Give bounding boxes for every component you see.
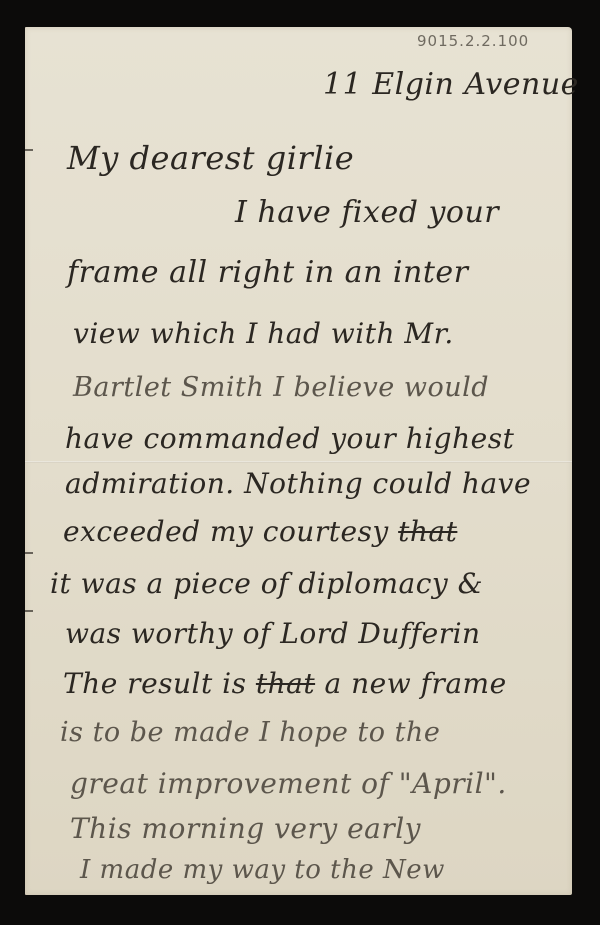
letter-line-7: exceeded my courtesy that <box>63 515 457 548</box>
struck-word: that <box>398 515 457 548</box>
letter-line-6: admiration. Nothing could have <box>65 467 531 500</box>
fold-crease <box>25 461 572 463</box>
line-text: exceeded my courtesy <box>63 515 398 548</box>
letter-line-11: is to be made I hope to the <box>60 717 440 748</box>
letter-line-3: view which I had with Mr. <box>73 317 454 350</box>
struck-word: that <box>256 667 315 700</box>
edge-mark <box>25 610 33 612</box>
letter-line-5: have commanded your highest <box>65 422 514 455</box>
salutation: My dearest girlie <box>67 139 354 177</box>
letter-page: 9015.2.2.100 11 Elgin Avenue My dearest … <box>25 27 572 895</box>
edge-mark <box>25 149 33 151</box>
address-line: 11 Elgin Avenue <box>323 67 579 102</box>
letter-line-8: it was a piece of diplomacy & <box>50 567 483 600</box>
line-text: The result is <box>63 667 256 700</box>
letter-line-13: This morning very early <box>70 812 421 845</box>
line-text: a new frame <box>315 667 507 700</box>
catalog-number: 9015.2.2.100 <box>417 32 529 50</box>
letter-line-12: great improvement of "April". <box>70 767 507 800</box>
letter-line-10: The result is that a new frame <box>63 667 507 700</box>
letter-line-4: Bartlet Smith I believe would <box>73 372 489 403</box>
letter-line-1: I have fixed your <box>235 195 499 230</box>
letter-line-2: frame all right in an inter <box>67 255 469 290</box>
edge-mark <box>25 552 33 554</box>
letter-line-14: I made my way to the New <box>80 855 445 885</box>
letter-line-9: was worthy of Lord Dufferin <box>65 617 481 650</box>
